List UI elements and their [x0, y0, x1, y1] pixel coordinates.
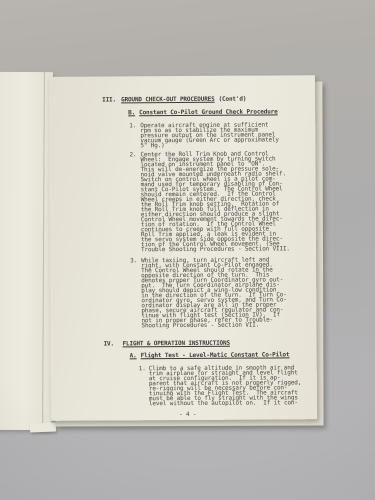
item-1-text: Operate aircraft engine at sufficient rp…	[140, 122, 279, 148]
item-3-text: While taxiing, turn aircraft left and ri…	[141, 257, 287, 328]
section-iv-number: IV.	[104, 341, 114, 346]
item-2-number: 2.	[129, 152, 136, 157]
subsection-b-heading: B.Constant Co-Pilot Ground Check Procedu…	[128, 109, 277, 115]
under-sheet-bottom-corner	[30, 423, 56, 433]
document-page: III. GROUND CHECK-OUT PROCEDURES(Cont'd)…	[49, 75, 317, 421]
under-sheet-left-edge	[0, 72, 53, 430]
item-3-number: 3.	[130, 258, 137, 263]
subsection-b-title: Constant Co-Pilot Ground Check Procedure	[139, 108, 278, 116]
section-iv-title: FLIGHT & OPERATION INSTRUCTIONS	[123, 341, 230, 347]
subsection-a-heading: A.Flight Test - Level-Matic Constant Co-…	[130, 352, 290, 358]
under-sheet-edge-line	[42, 72, 45, 430]
photo-of-document: III. GROUND CHECK-OUT PROCEDURES(Cont'd)…	[0, 0, 375, 500]
subsection-a-label: A.	[130, 352, 137, 359]
flight-test-item-1-text: Climb to a safe altitude in smooth air a…	[149, 365, 302, 406]
item-2-text: Center the Roll Trim Knob and Control Wh…	[140, 151, 289, 252]
page-number: - 4 -	[179, 412, 196, 417]
section-iii-heading: GROUND CHECK-OUT PROCEDURES(Cont'd)	[121, 97, 246, 103]
subsection-b-label: B.	[128, 109, 135, 116]
section-iii-title: GROUND CHECK-OUT PROCEDURES	[121, 96, 215, 104]
flight-test-item-1-number: 1.	[139, 366, 146, 371]
subsection-a-title: Flight Test - Level-Matic Constant Co-Pi…	[141, 351, 290, 359]
section-iii-number: III.	[102, 97, 116, 102]
section-iii-cont: (Cont'd)	[219, 96, 247, 103]
item-1-number: 1.	[129, 123, 136, 128]
